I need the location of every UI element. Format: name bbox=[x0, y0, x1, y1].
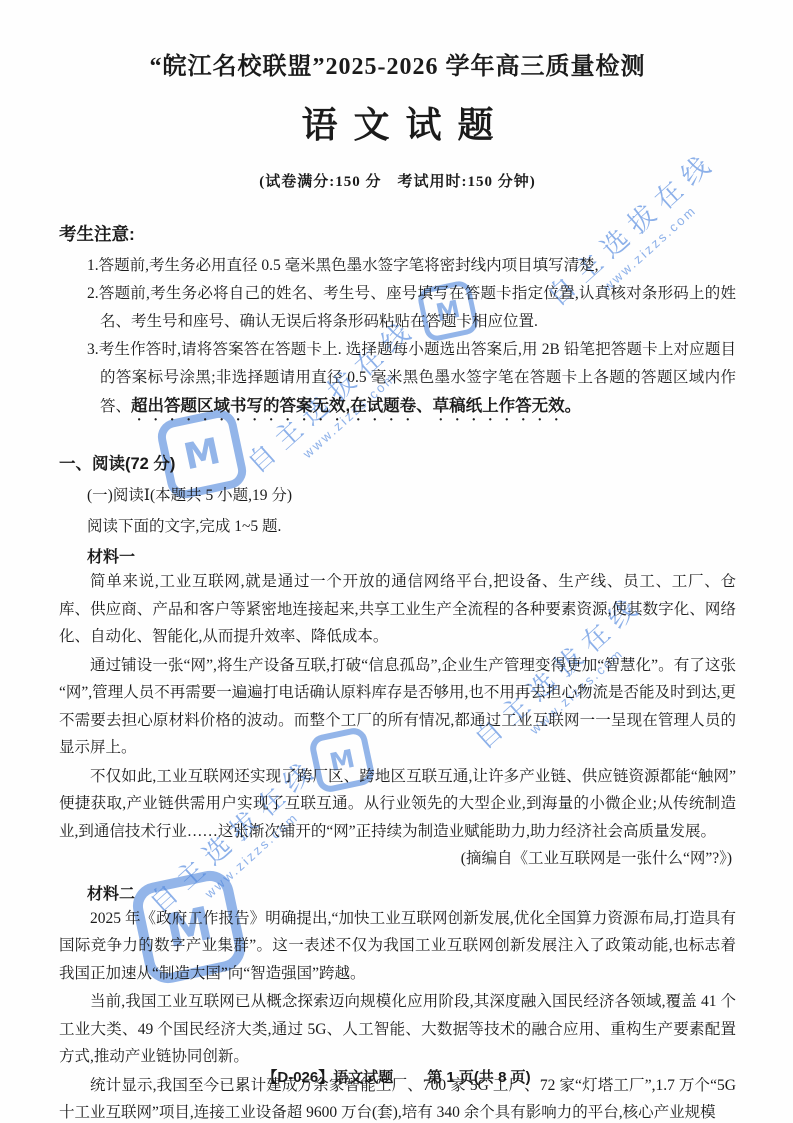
notice-heading: 考生注意: bbox=[59, 221, 736, 246]
notice-list: 1.答题前,考生务必用直径 0.5 毫米黑色墨水签字笔将密封线内项目填写清楚, … bbox=[59, 252, 736, 424]
notice-item-2: 2.答题前,考生务必将自己的姓名、考生号、座号填写在答题卡指定位置,认真核对条形… bbox=[59, 280, 736, 336]
material-1-paragraph-2: 通过铺设一张“网”,将生产设备互联,打破“信息孤岛”,企业生产管理变得更加“智慧… bbox=[59, 652, 736, 762]
material-2-paragraph-1: 2025 年《政府工作报告》明确提出,“加快工业互联网创新发展,优化全国算力资源… bbox=[59, 905, 736, 988]
section-heading-reading: 一、阅读(72 分) bbox=[59, 450, 736, 474]
page-title: 语文试题 bbox=[59, 97, 736, 148]
notice-item-1: 1.答题前,考生务必用直径 0.5 毫米黑色墨水签字笔将密封线内项目填写清楚, bbox=[59, 252, 736, 280]
exam-header-line: “皖江名校联盟”2025-2026 学年高三质量检测 bbox=[59, 46, 736, 81]
footer-page-number: 第 1 页(共 8 页) bbox=[427, 1069, 530, 1086]
notice-item-3-emphasis: 超出答题区域书写的答案无效,在试题卷、草稿纸上作答无效。 bbox=[131, 397, 581, 415]
exam-subtitle: (试卷满分:150 分 考试用时:150 分钟) bbox=[59, 170, 736, 191]
exam-paper-page: 自主选拔在线 www.zizzs.com M 自主选拔在线 www.zizzs.… bbox=[0, 0, 793, 1123]
material-2-paragraph-2: 当前,我国工业互联网已从概念探索迈向规模化应用阶段,其深度融入国民经济各领域,覆… bbox=[59, 988, 736, 1071]
part-heading-reading-1: (一)阅读Ⅰ(本题共 5 小题,19 分) bbox=[87, 483, 736, 505]
page-content: “皖江名校联盟”2025-2026 学年高三质量检测 语文试题 (试卷满分:15… bbox=[0, 0, 793, 1123]
notice-item-3: 3.考生作答时,请将答案答在答题卡上. 选择题每小题选出答案后,用 2B 铅笔把… bbox=[59, 336, 736, 424]
page-footer: 【D-026】语文试题第 1 页(共 8 页) bbox=[0, 1066, 793, 1087]
candidate-notice: 考生注意: 1.答题前,考生务必用直径 0.5 毫米黑色墨水签字笔将密封线内项目… bbox=[59, 221, 736, 424]
material-1-paragraph-3: 不仅如此,工业互联网还实现了跨厂区、跨地区互联互通,让许多产业链、供应链资源都能… bbox=[59, 763, 736, 846]
material-2-label: 材料二 bbox=[87, 881, 736, 904]
footer-doc-code: 【D-026】语文试题 bbox=[262, 1069, 393, 1086]
reading-instruction: 阅读下面的文字,完成 1~5 题. bbox=[87, 514, 736, 536]
material-1-paragraph-1: 简单来说,工业互联网,就是通过一个开放的通信网络平台,把设备、生产线、员工、工厂… bbox=[59, 568, 736, 651]
material-1-label: 材料一 bbox=[87, 544, 736, 567]
material-1-attribution: (摘编自《工业互联网是一张什么“网”?》) bbox=[59, 845, 736, 873]
